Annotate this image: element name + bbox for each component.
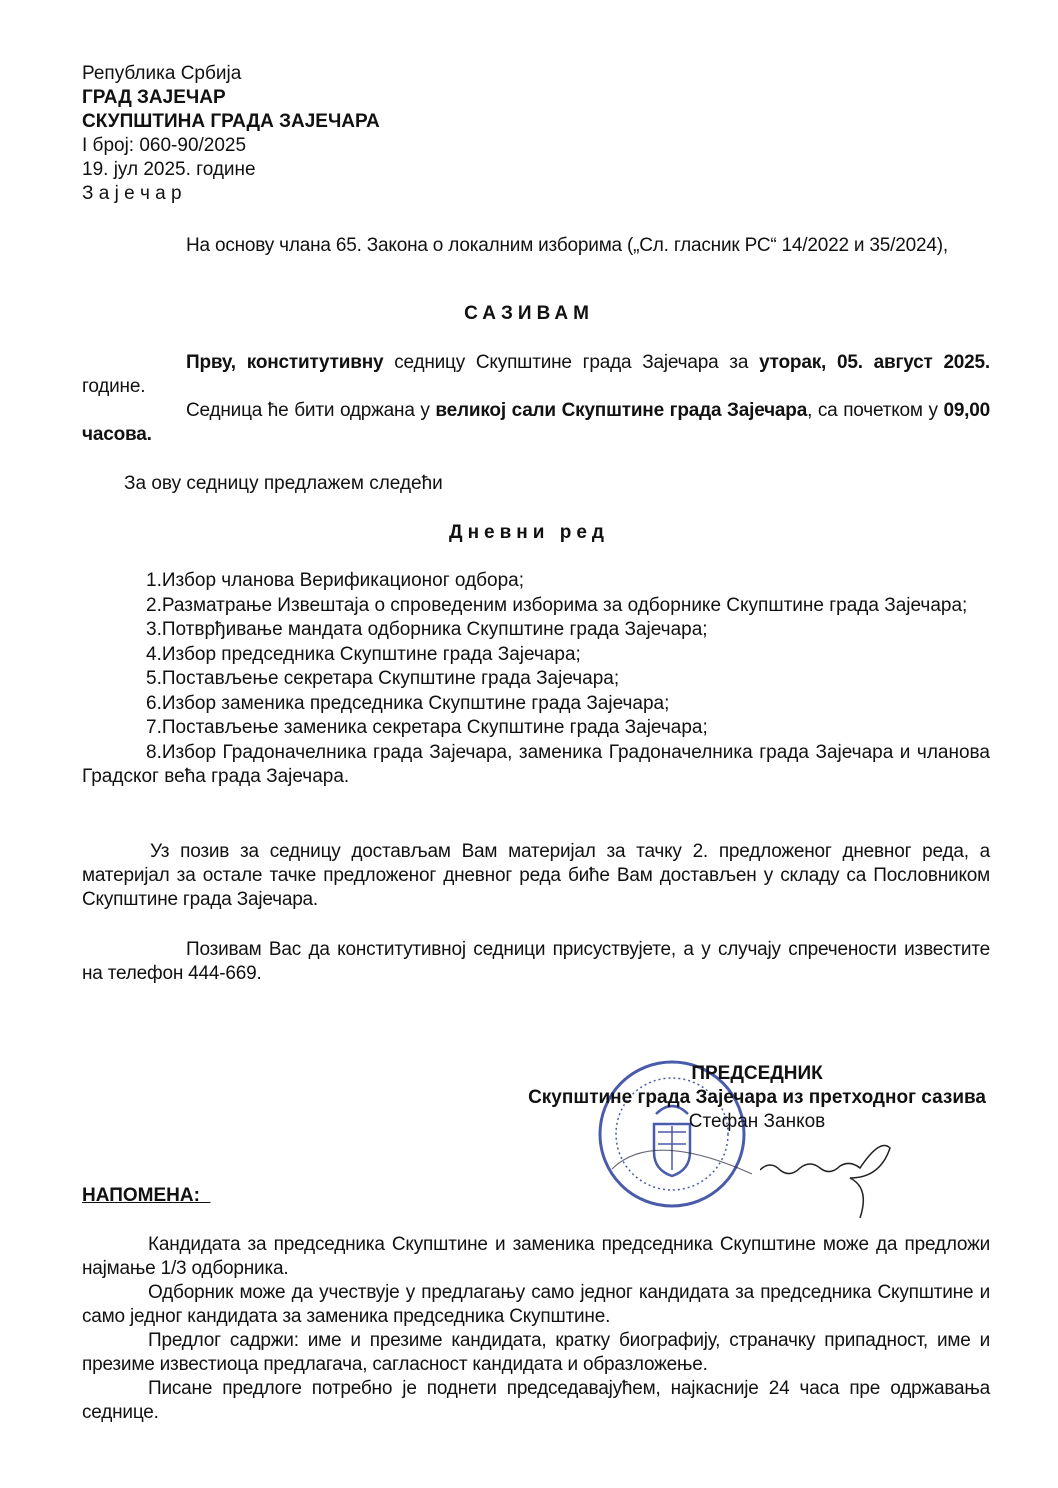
propose-line: За ову седницу предлажем следећи (124, 473, 443, 495)
session-date: уторак, 05. август 2025. (759, 352, 990, 373)
note-paragraph: Одборник може да учествује у предлагању … (82, 1281, 990, 1329)
session-location: великој сали Скупштине града Зајечара (435, 400, 807, 421)
agenda-item: 6.Избор заменика председника Скупштине г… (82, 692, 990, 717)
signatory-name: Стефан Занков (528, 1110, 986, 1134)
invite-paragraph: Позивам Вас да конститутивној седници пр… (82, 938, 990, 986)
agenda-item: 5.Постављење секретара Скупштине града З… (82, 667, 990, 692)
note-title: НАПОМЕНА: (82, 1185, 210, 1207)
agenda-item: 4.Избор председника Скупштине града Заје… (82, 643, 990, 668)
agenda-item: 7.Постављење заменика секретара Скупштин… (82, 716, 990, 741)
document-date: 19. јул 2025. године (82, 158, 380, 182)
agenda-item: 1.Избор чланова Верификационог одбора; (82, 569, 990, 594)
signature-title: ПРЕДСЕДНИК (528, 1062, 986, 1086)
agenda-item: 8.Избор Градоначелника града Зајечара, з… (82, 741, 990, 790)
note-paragraph: Предлог садржи: име и презиме кандидата,… (82, 1329, 990, 1377)
signature-subtitle: Скупштине града Зајечара из претходног с… (528, 1086, 986, 1110)
session-location-paragraph: Седница ће бити одржана у великој сали С… (82, 399, 990, 447)
agenda-item: 2.Разматрање Извештаја о спроведеним изб… (82, 594, 990, 619)
session-type: Прву, конститутивну (186, 352, 383, 373)
city-line: ГРАД ЗАЈЕЧАР (82, 86, 380, 110)
handwritten-signature-icon (760, 1130, 900, 1220)
note-paragraph: Кандидата за председника Скупштине и зам… (82, 1233, 990, 1281)
agenda-title: Дневни ред (0, 522, 1058, 544)
session-paragraph: Прву, конститутивну седницу Скупштине гр… (82, 351, 990, 399)
materials-paragraph: Уз позив за седницу достављам Вам матери… (82, 840, 990, 912)
note-paragraph: Писане предлоге потребно је поднети пред… (82, 1377, 990, 1425)
assembly-line: СКУПШТИНА ГРАДА ЗАЈЕЧАРА (82, 110, 380, 134)
legal-basis: На основу члана 65. Закона о локалним из… (82, 234, 990, 258)
agenda-item: 3.Потврђивање мандата одборника Скупштин… (82, 618, 990, 643)
convene-title: САЗИВАМ (0, 303, 1058, 325)
document-number: I број: 060-90/2025 (82, 134, 380, 158)
document-place: З а ј е ч а р (82, 182, 380, 206)
country-line: Република Србија (82, 62, 380, 86)
document-header: Република Србија ГРАД ЗАЈЕЧАР СКУПШТИНА … (82, 62, 380, 206)
signature-block: ПРЕДСЕДНИК Скупштине града Зајечара из п… (528, 1062, 986, 1134)
agenda-list: 1.Избор чланова Верификационог одбора; 2… (82, 569, 990, 790)
